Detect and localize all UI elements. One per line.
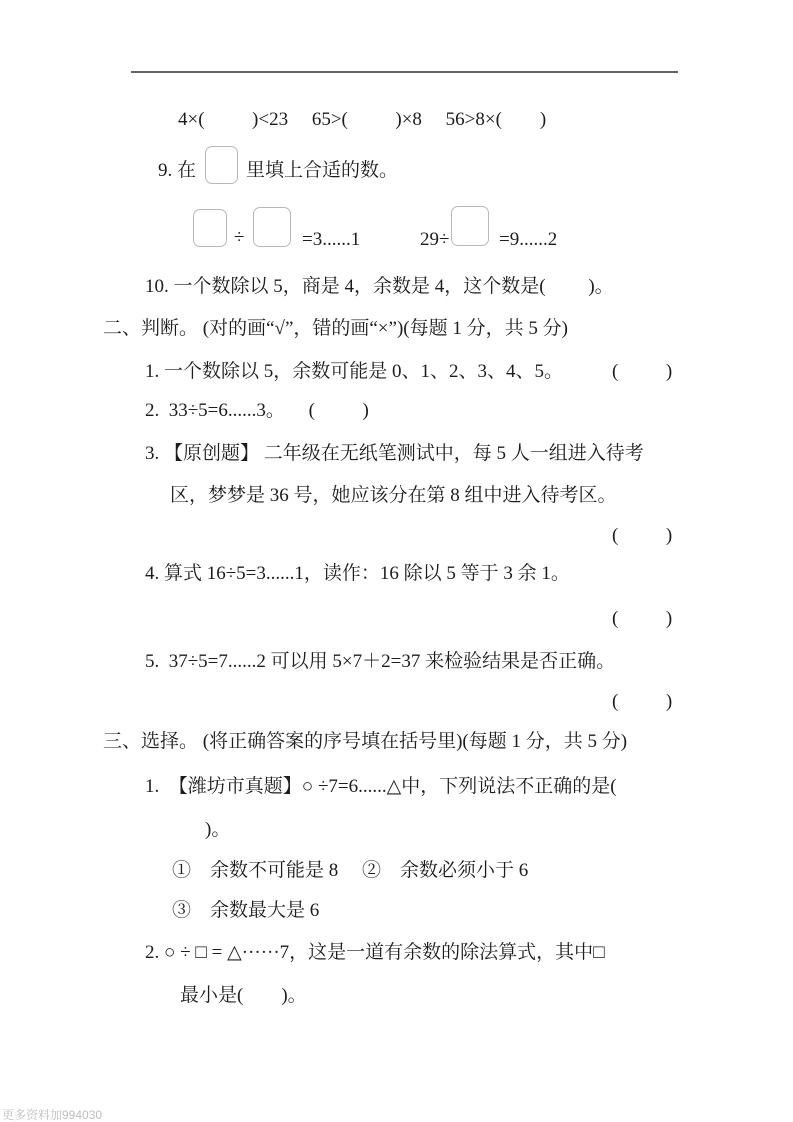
q9-equation-b-prefix: 29÷ [420, 229, 449, 251]
q9-equation-a-result: =3......1 [302, 229, 360, 251]
section2-item4: 4. 算式 16÷5=3......1，读作：16 除以 5 等于 3 余 1。 [145, 563, 570, 585]
section3-q1-options-row2: ③ 余数最大是 6 [172, 900, 319, 922]
top-divider-rule [131, 71, 678, 73]
section2-heading: 二、判断。 (对的画“√”，错的画“×”)(每题 1 分，共 5 分) [103, 318, 568, 340]
section3-q2-line2: 最小是( )。 [180, 985, 307, 1007]
section2-item5-answer-paren: ( ) [612, 691, 672, 713]
section2-item1: 1. 一个数除以 5，余数可能是 0、1、2、3、4、5。 [145, 361, 563, 383]
section2-item3-answer-paren: ( ) [612, 525, 672, 547]
answer-box [205, 146, 238, 184]
section3-q2-line1: 2. ○ ÷ □ = △······7，这是一道有余数的除法算式，其中□ [145, 942, 605, 964]
q9-prompt-prefix: 9. 在 [158, 160, 196, 182]
answer-box [253, 207, 291, 247]
q10-text: 10. 一个数除以 5，商是 4，余数是 4，这个数是( )。 [145, 276, 614, 298]
answer-box [193, 209, 227, 247]
section3-q1-line2: )。 [205, 819, 230, 841]
section2-item3-line1: 3. 【原创题】 二年级在无纸笔测试中，每 5 人一组进入待考 [145, 443, 644, 465]
section2-item5: 5. 37÷5=7......2 可以用 5×7＋2=37 来检验结果是否正确。 [145, 651, 615, 673]
q9-prompt-suffix: 里填上合适的数。 [246, 160, 398, 182]
section3-q1-line1: 1. 【潍坊市真题】○ ÷7=6......△中，下列说法不正确的是( [145, 776, 617, 798]
answer-box [451, 206, 489, 246]
exam-paper-page: 4×( )<23 65>( )×8 56>8×( ) 9. 在 里填上合适的数。… [0, 0, 793, 1122]
q8-inequalities-row: 4×( )<23 65>( )×8 56>8×( ) [178, 109, 546, 131]
watermark-text: 更多资料加994030 [2, 1106, 102, 1122]
section3-q1-options-row1: ① 余数不可能是 8 ② 余数必须小于 6 [172, 860, 528, 882]
q9-equation-b-result: =9......2 [499, 229, 557, 251]
section2-item1-answer-paren: ( ) [612, 361, 672, 383]
section3-heading: 三、选择。 (将正确答案的序号填在括号里)(每题 1 分，共 5 分) [103, 731, 627, 753]
section2-item3-line2: 区，梦梦是 36 号，她应该分在第 8 组中进入待考区。 [170, 485, 617, 507]
section2-item4-answer-paren: ( ) [612, 608, 672, 630]
section2-item2: 2. 33÷5=6......3。 ( ) [145, 400, 369, 422]
q9-divide-sign: ÷ [234, 227, 244, 249]
